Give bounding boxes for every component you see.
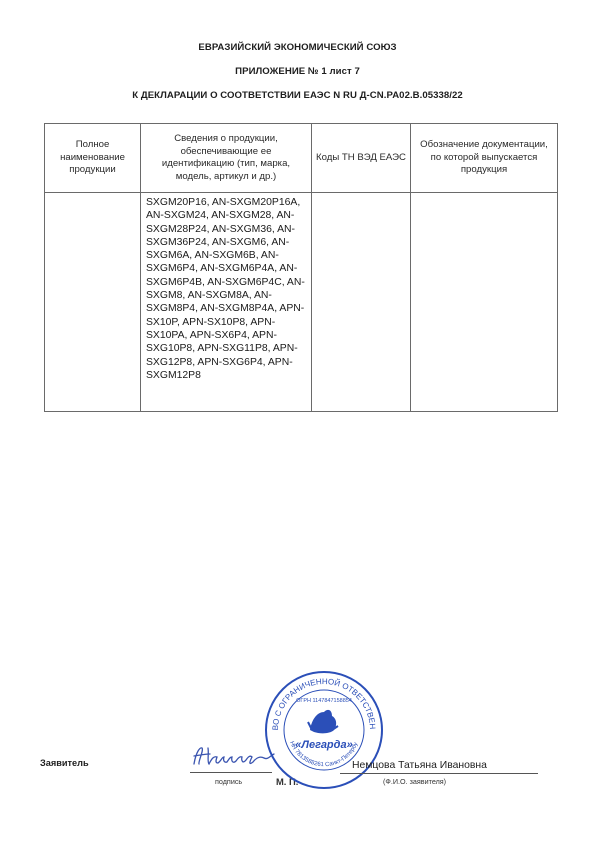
column-header-documentation: Обозначение документации, по которой вып…: [411, 124, 558, 193]
table-row: SXGM20P16, AN-SXGM20P16A, AN-SXGM24, AN-…: [45, 193, 558, 412]
svg-text:ОГРН 1147847158854: ОГРН 1147847158854: [296, 698, 352, 704]
cell-name: [45, 193, 141, 412]
svg-text:«Легарда»: «Легарда»: [295, 739, 352, 751]
declaration-title: К ДЕКЛАРАЦИИ О СООТВЕТСТВИИ ЕАЭС N RU Д-…: [0, 90, 595, 101]
appendix-title: ПРИЛОЖЕНИЕ № 1 лист 7: [0, 66, 595, 77]
column-header-identification: Сведения о продукции, обеспечивающие ее …: [141, 124, 312, 193]
signature-caption: подпись: [215, 777, 242, 786]
column-header-codes: Коды ТН ВЭД ЕАЭС: [312, 124, 411, 193]
products-table: Полное наименование продукции Сведения о…: [44, 123, 558, 412]
cell-documentation: [411, 193, 558, 412]
applicant-name: Немцова Татьяна Ивановна: [352, 760, 487, 771]
name-line: [340, 773, 538, 774]
signature-line: [190, 772, 272, 773]
union-title: ЕВРАЗИЙСКИЙ ЭКОНОМИЧЕСКИЙ СОЮЗ: [0, 42, 595, 53]
column-header-name: Полное наименование продукции: [45, 124, 141, 193]
cell-codes: [312, 193, 411, 412]
cell-identification: SXGM20P16, AN-SXGM20P16A, AN-SXGM24, AN-…: [141, 193, 312, 412]
name-caption: (Ф.И.О. заявителя): [383, 777, 446, 786]
applicant-label: Заявитель: [40, 758, 89, 768]
table-header-row: Полное наименование продукции Сведения о…: [45, 124, 558, 193]
